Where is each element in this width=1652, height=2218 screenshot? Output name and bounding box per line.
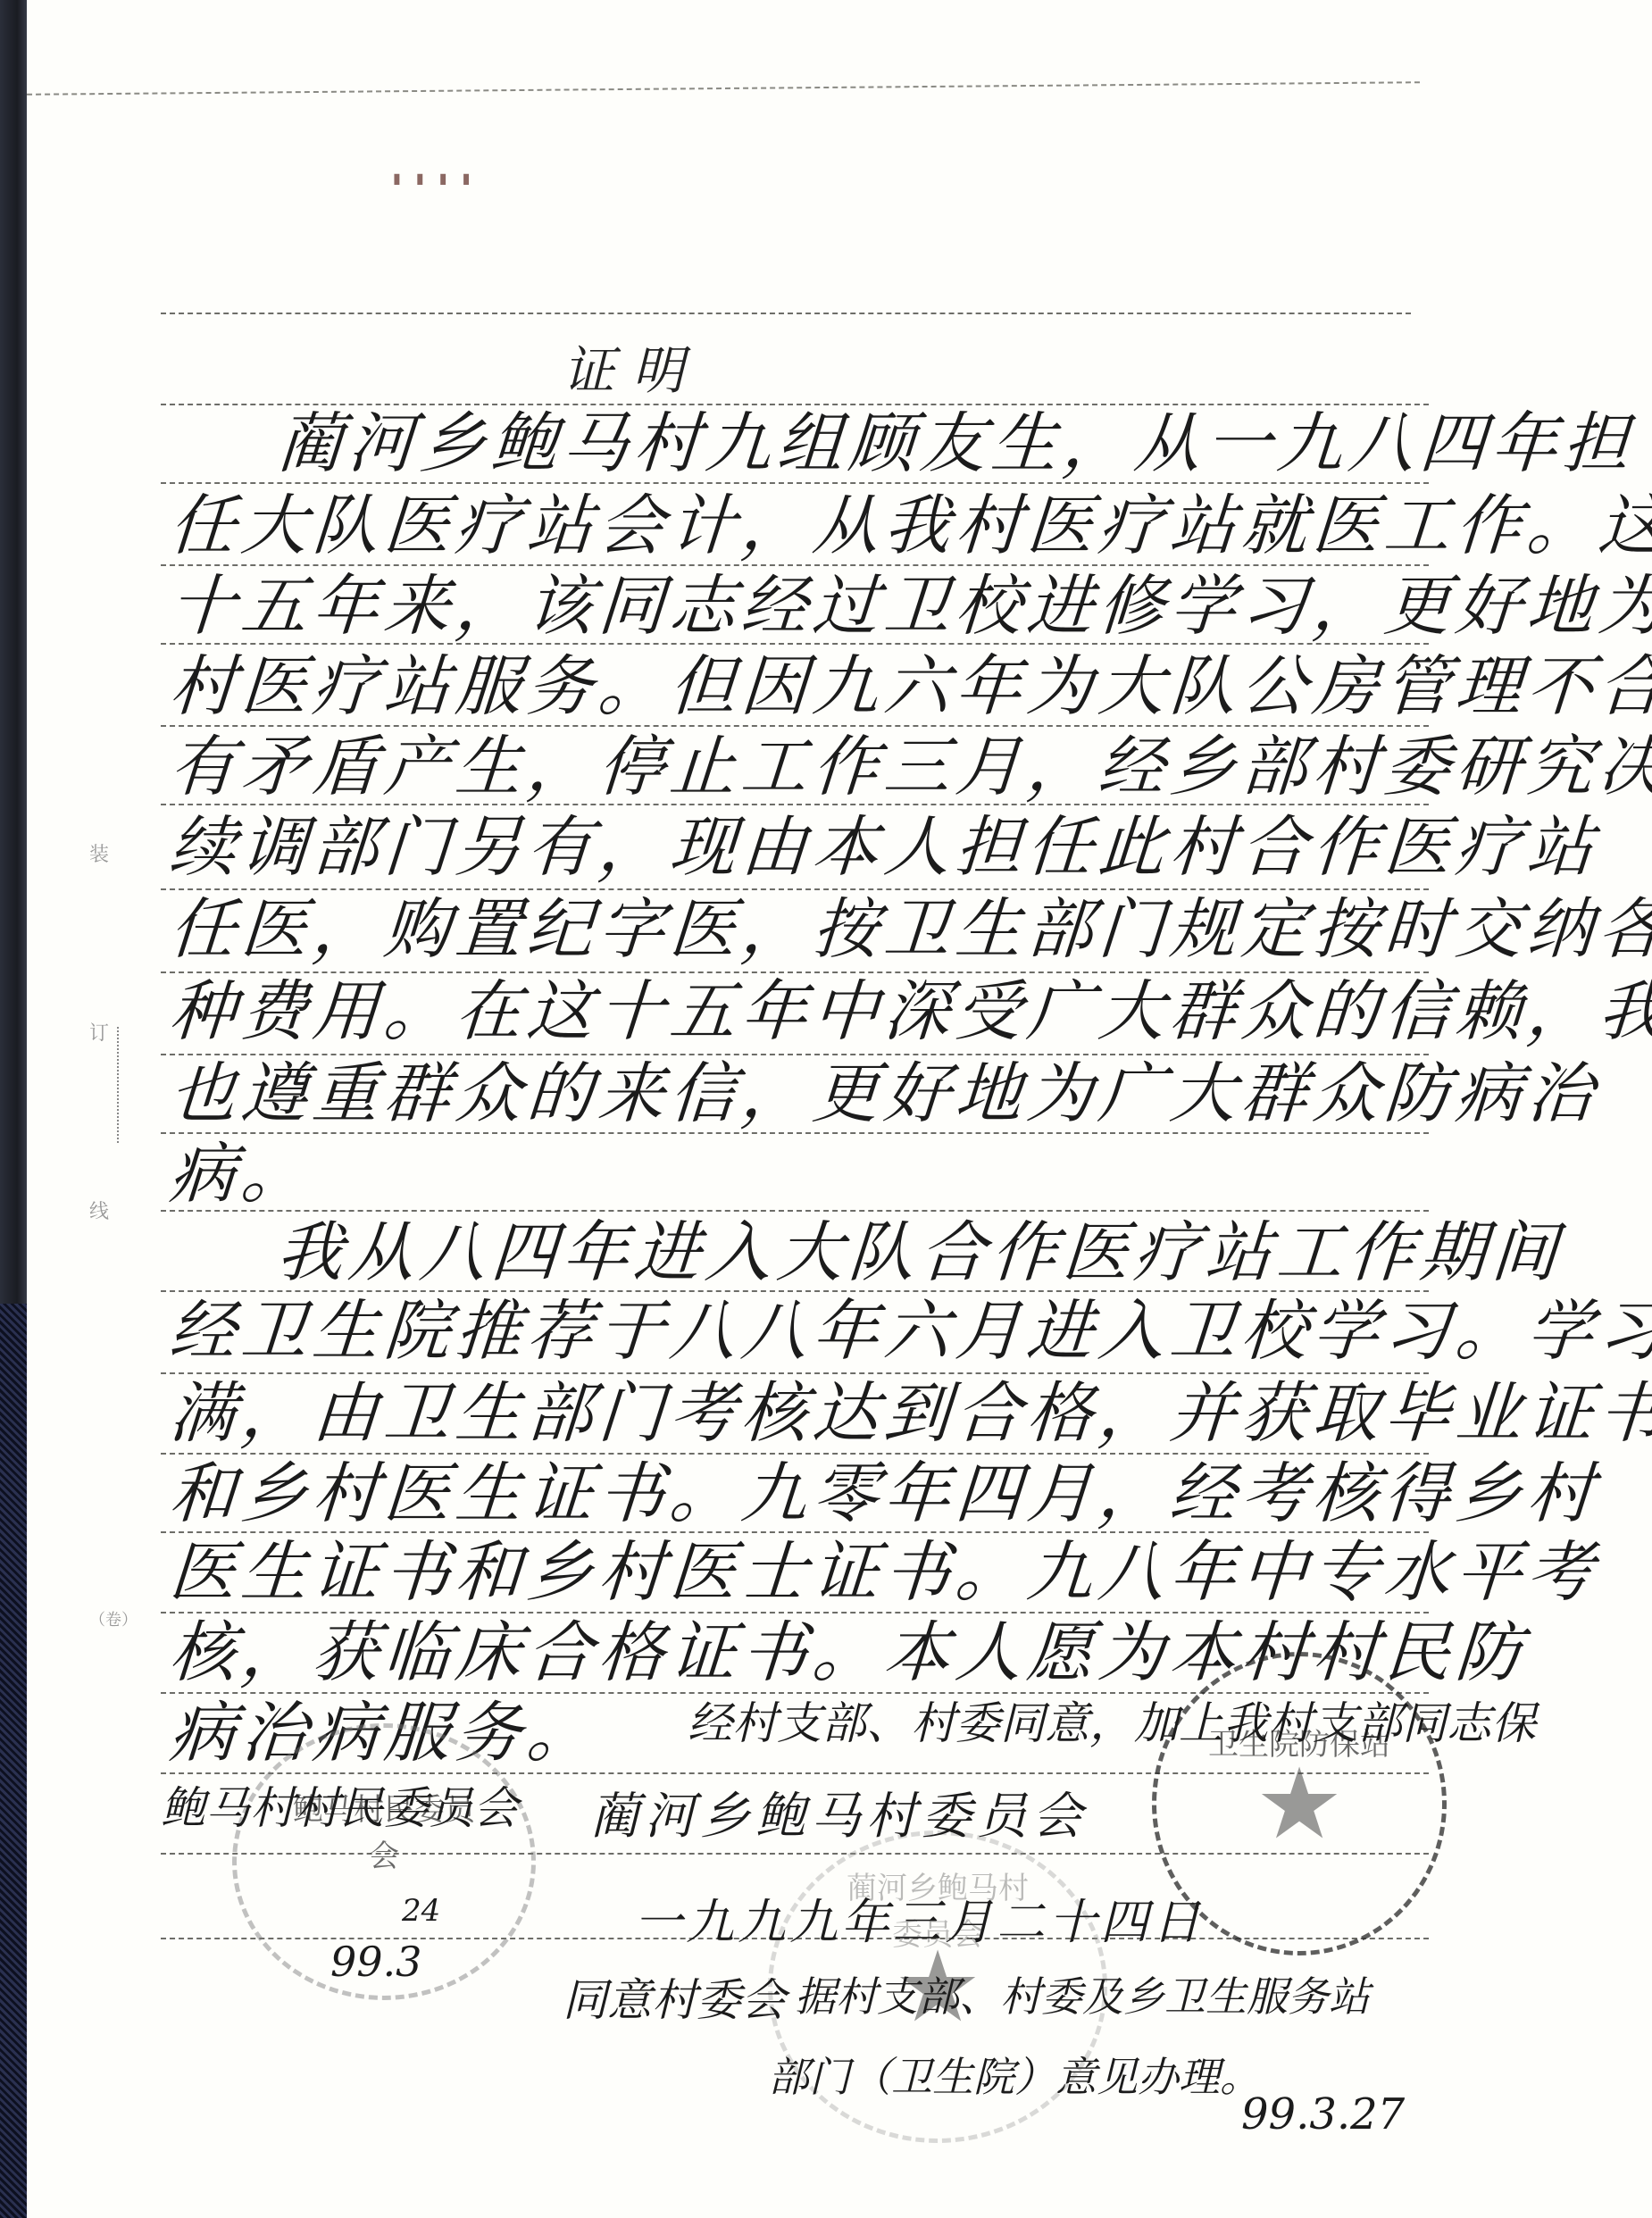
agree-note: 同意村委会 bbox=[563, 1964, 786, 2029]
binding-label-zhuang: 装 bbox=[89, 839, 109, 867]
left-signature: 鲍马村村民委员会 bbox=[161, 1772, 518, 1837]
final-date: 99.3.27 bbox=[1241, 2089, 1405, 2139]
binding-margin: 装 订 线 （卷） bbox=[89, 839, 125, 1697]
binder-fabric bbox=[0, 1304, 29, 2218]
binding-label-ding: 订 bbox=[89, 1018, 109, 1046]
document-title: 证明 bbox=[563, 329, 702, 404]
binding-label-xian: 线 bbox=[89, 1197, 109, 1224]
left-date-superscript: 24 bbox=[402, 1893, 440, 1929]
stray-ink-marks: ▮ ▮ ▮ ▮ bbox=[393, 170, 625, 196]
health-note-line-1: 据村支部、村委及乡卫生服务站 bbox=[795, 1964, 1370, 2023]
left-date: 99.3 bbox=[330, 1938, 421, 1986]
village-committee-note: 经村支部、村委同意，加上我村支部同志保 bbox=[688, 1688, 1536, 1752]
document-page: ▮ ▮ ▮ ▮ 装 订 线 （卷） 证明 蔺河乡鲍马村九组顾友生，从一九八四年担… bbox=[27, 0, 1652, 2218]
committee-name: 蔺河乡鲍马村委员会 bbox=[589, 1777, 1088, 1848]
ruled-line bbox=[161, 313, 1411, 314]
header-rule bbox=[27, 81, 1420, 96]
binding-dotted-line bbox=[117, 1027, 119, 1143]
health-note-line-2: 部门（卫生院）意见办理。 bbox=[768, 2045, 1261, 2104]
binder-strip bbox=[0, 0, 29, 2218]
binding-label-lower: （卷） bbox=[89, 1607, 138, 1630]
date-written: 一九九九年三月二十四日 bbox=[634, 1884, 1204, 1953]
